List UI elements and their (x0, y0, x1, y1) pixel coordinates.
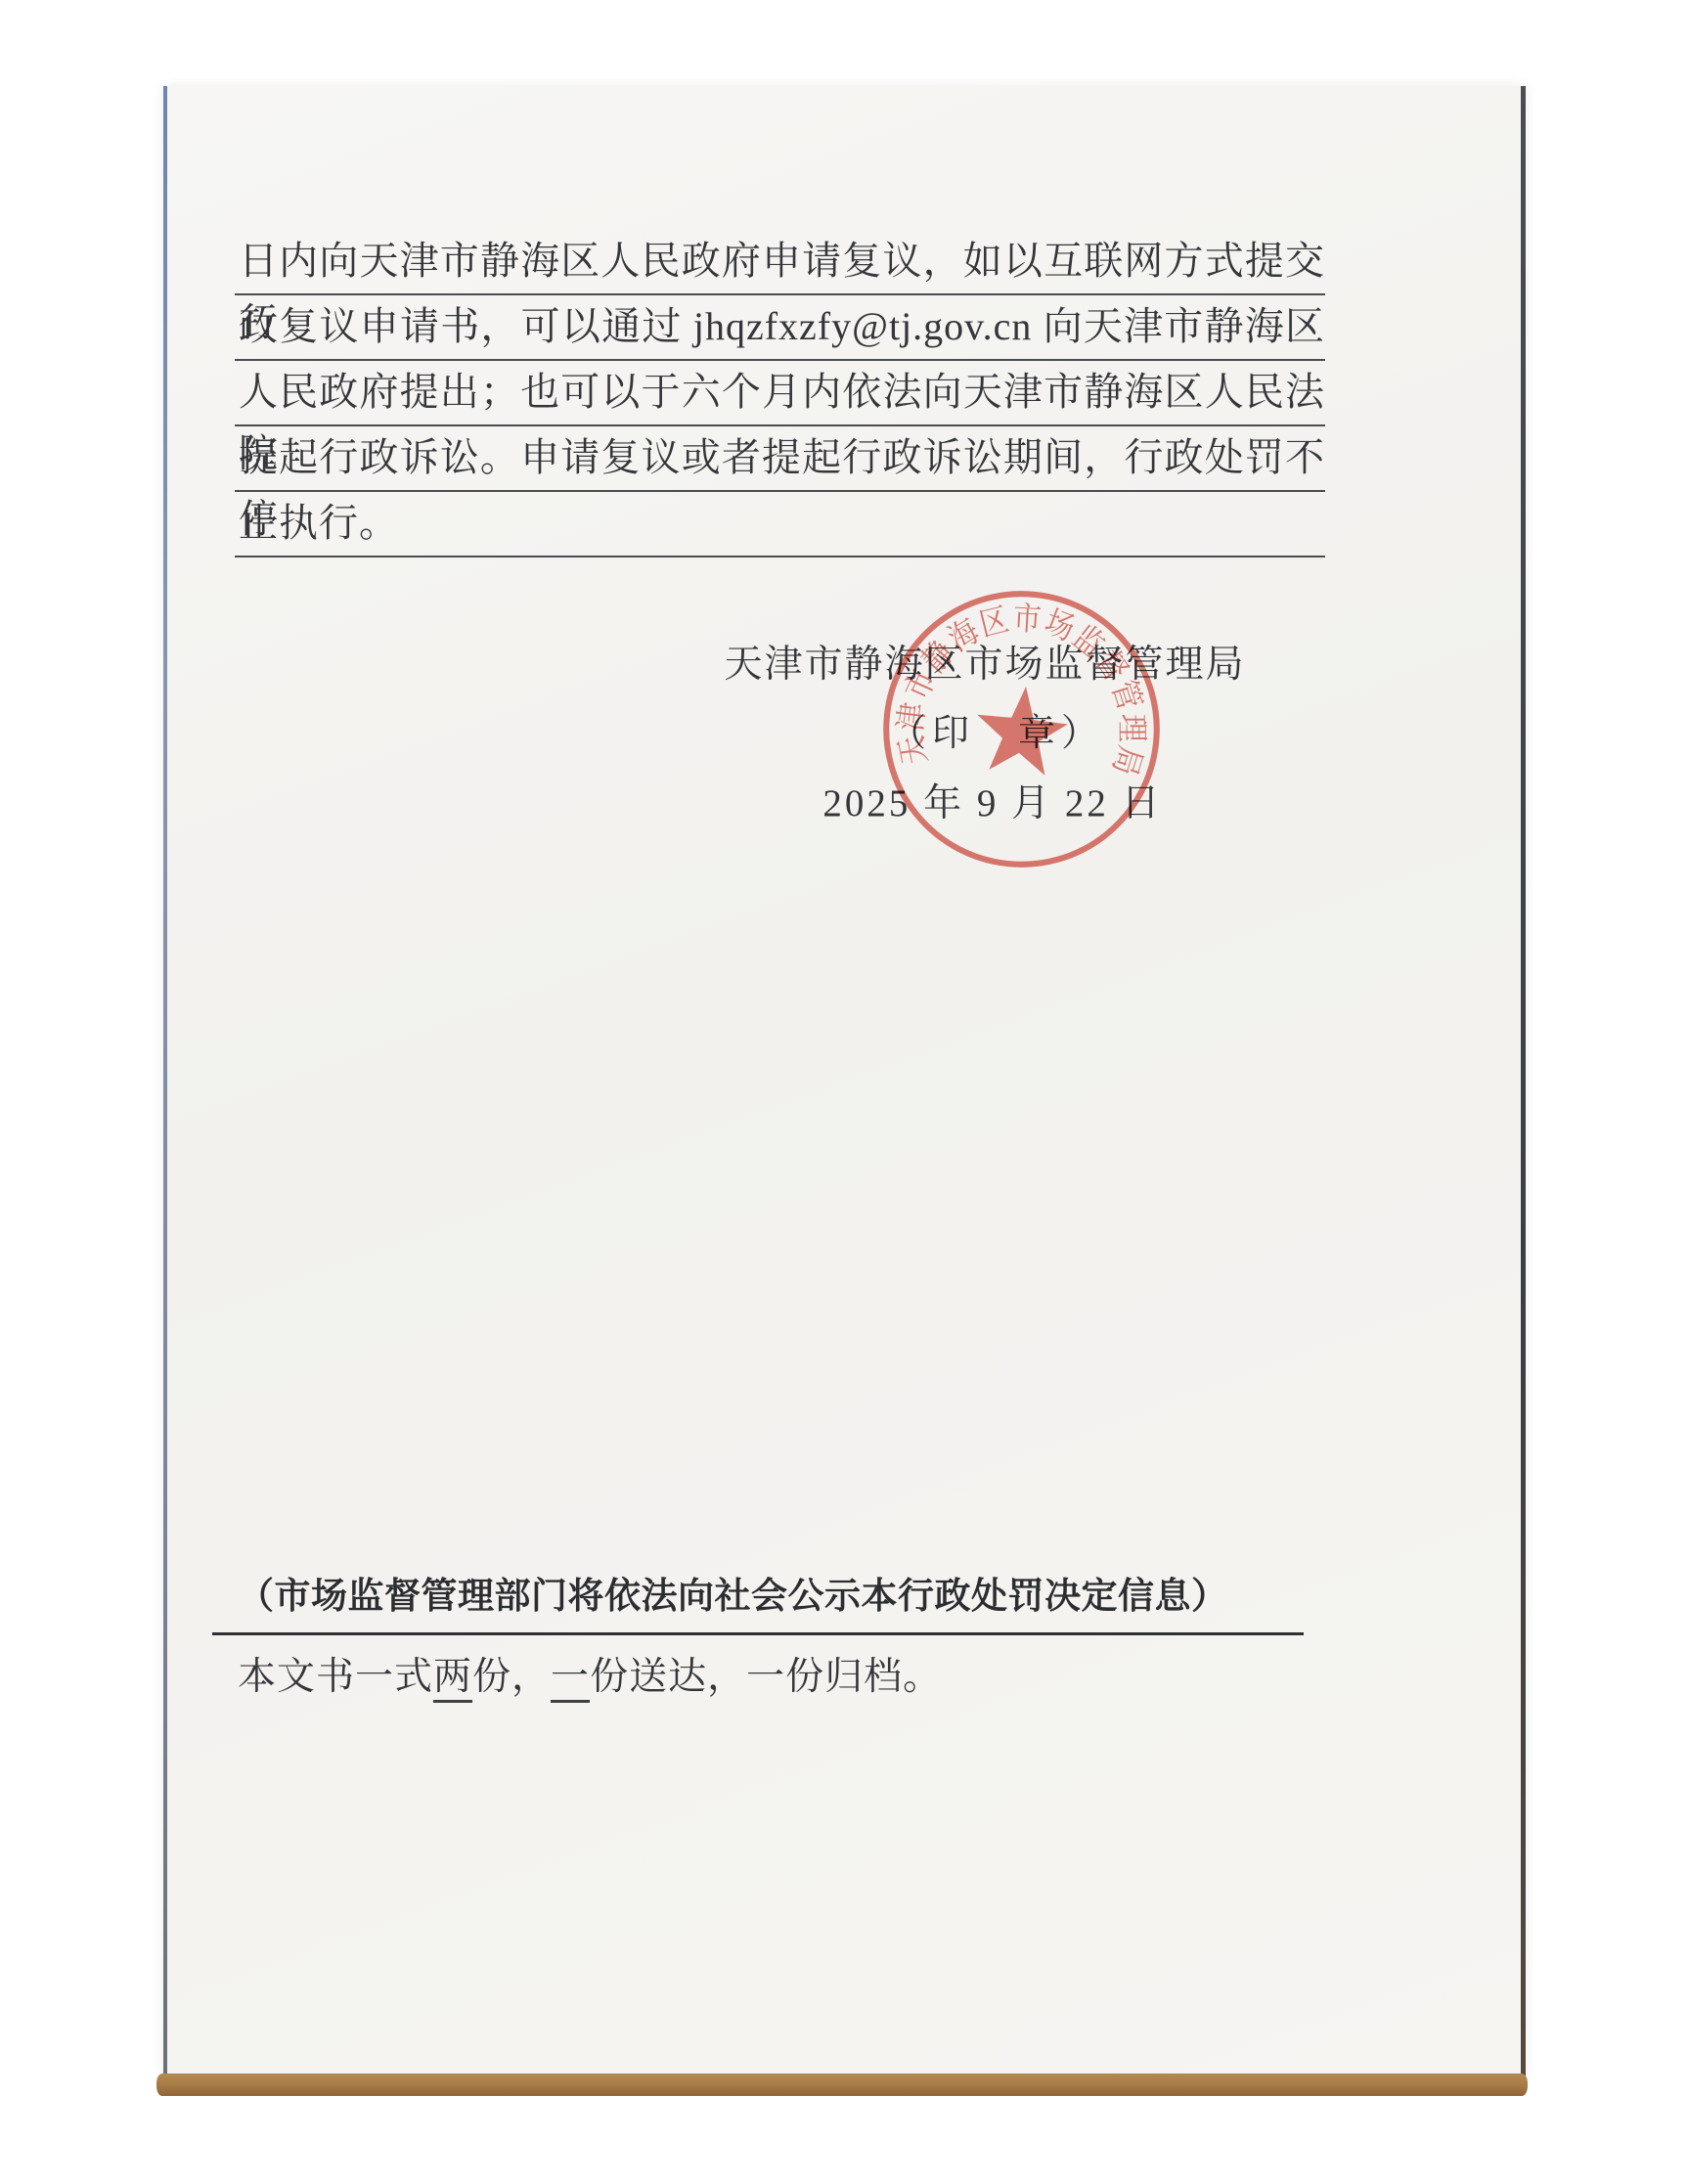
paper-left-edge (163, 86, 167, 2078)
body-line: 止执行。 (235, 492, 1325, 557)
copies-text: 份送达，一份归档。 (590, 1656, 942, 1698)
disclosure-note: （市场监督管理部门将依法向社会公示本行政处罚决定信息） (238, 1566, 1228, 1619)
body-line: 人民政府提出；也可以于六个月内依法向天津市静海区人民法院 (235, 361, 1325, 426)
body-line: 提起行政诉讼。申请复议或者提起行政诉讼期间，行政处罚不停 (235, 426, 1325, 492)
scan-canvas: { "doc": { "body_lines": [ "日内向天津市静海区人民政… (0, 0, 1688, 2184)
copies-text: 本文书一式 (238, 1656, 433, 1698)
stamp-star-icon (972, 682, 1072, 777)
body-line: 政复议申请书，可以通过 jhqzfxzfy@tj.gov.cn 向天津市静海区 (235, 295, 1325, 361)
copies-distribution-line: 本文书一式两份，一份送达，一份归档。 (238, 1646, 942, 1701)
copies-delivered-filled: 一 (551, 1656, 590, 1703)
official-seal-stamp: 天津市静海区市场监督管理局 (858, 565, 1185, 893)
footer-divider (212, 1632, 1304, 1635)
copies-text: 份， (472, 1656, 551, 1698)
copies-count-filled: 两 (433, 1656, 472, 1703)
paper-right-edge (1521, 86, 1526, 2078)
body-line: 日内向天津市静海区人民政府申请复议，如以互联网方式提交行 (235, 230, 1325, 295)
scanned-paper-page: 日内向天津市静海区人民政府申请复议，如以互联网方式提交行 政复议申请书，可以通过… (163, 86, 1526, 2078)
desk-edge-strip (156, 2073, 1528, 2096)
body-paragraph: 日内向天津市静海区人民政府申请复议，如以互联网方式提交行 政复议申请书，可以通过… (235, 230, 1325, 557)
